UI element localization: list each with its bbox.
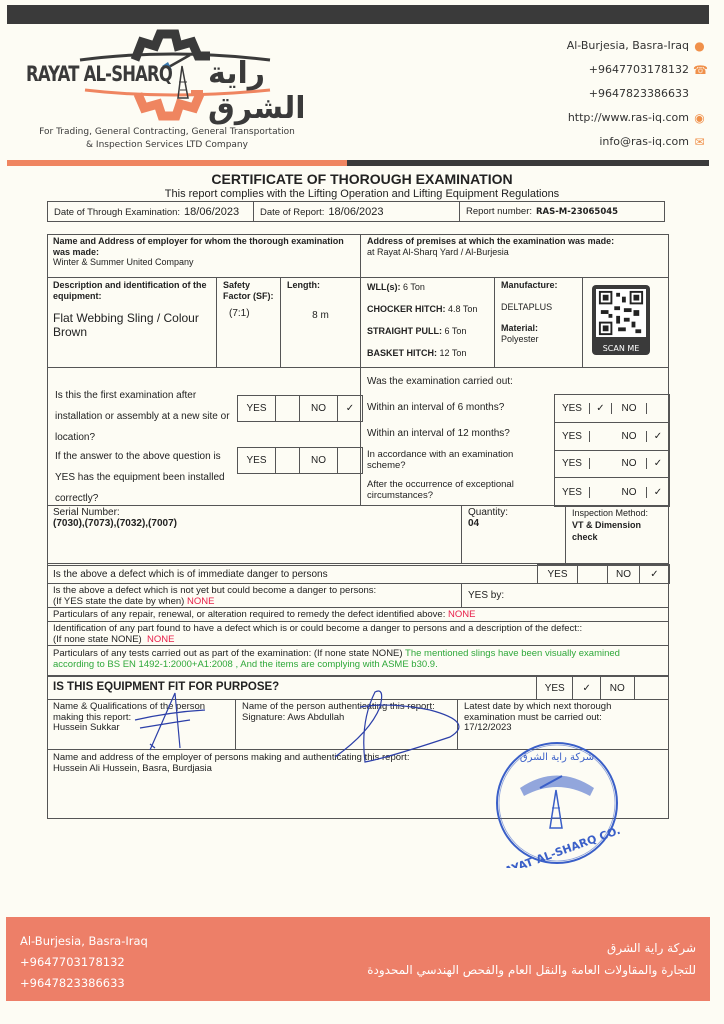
yes-label: YES — [555, 431, 590, 442]
first-exam-yes-checkbox[interactable] — [276, 396, 300, 421]
interval-12-no-checkbox[interactable]: ✓ — [647, 431, 669, 442]
quantity-label: Quantity: — [468, 508, 559, 519]
interval-12-question: Within an interval of 12 months? — [367, 423, 510, 444]
employer-cell: Name and Address of employer for whom th… — [47, 234, 361, 278]
header-top-bar — [7, 5, 709, 24]
quantity-value: 04 — [468, 519, 559, 530]
report-maker-label: Name & Qualifications of the person maki… — [53, 702, 229, 723]
premises-value: at Rayat Al-Sharq Yard / Al-Burjesia — [367, 247, 662, 258]
scheme-row: YES NO ✓ — [555, 451, 669, 479]
immediate-danger-yes-no: YES NO ✓ — [537, 564, 670, 584]
first-exam-question: Is this the first examination after inst… — [55, 385, 235, 448]
identification-row: Identification of any part found to have… — [47, 622, 669, 646]
identification-value: NONE — [147, 634, 174, 645]
company-logo: RAYAT AL-SHARQ راية الشرق — [20, 28, 320, 123]
interval-6-row: YES ✓ NO — [555, 395, 669, 423]
report-date-cell: Date of Report:18/06/2023 — [254, 202, 460, 221]
tagline-line-1: For Trading, General Contracting, Genera… — [22, 126, 312, 139]
authenticator-value: Signature: Aws Abdullah — [242, 713, 451, 724]
report-number-cell: Report number:RAS-M-23065045 — [460, 202, 664, 221]
report-maker-cell: Name & Qualifications of the person maki… — [47, 700, 236, 750]
scheme-question: In accordance with an examination scheme… — [367, 449, 547, 471]
yes-label: YES — [555, 458, 590, 469]
label: Report number: — [466, 206, 532, 217]
tagline-line-2: & Inspection Services LTD Company — [22, 139, 312, 152]
immediate-yes-checkbox[interactable] — [578, 565, 608, 583]
wll-value: 6 Ton — [403, 282, 425, 292]
serial-number-label: Serial Number: — [53, 508, 455, 519]
choker-hitch-value: 4.8 Ton — [448, 304, 477, 314]
installed-correctly-question: If the answer to the above question is Y… — [55, 446, 235, 509]
immediate-no-checkbox[interactable]: ✓ — [640, 565, 669, 583]
premises-label: Address of premises at which the examina… — [367, 236, 662, 247]
certificate-subtitle: This report complies with the Lifting Op… — [0, 188, 724, 200]
material-value: Polyester — [501, 334, 576, 345]
equipment-desc-label: Description and identification of the eq… — [53, 280, 210, 301]
first-exam-no-checkbox[interactable]: ✓ — [338, 396, 362, 421]
premises-cell: Address of premises at which the examina… — [361, 234, 669, 278]
yes-label: YES — [238, 396, 276, 421]
no-label: NO — [612, 487, 647, 498]
next-exam-date: 17/12/2023 — [464, 723, 663, 734]
label: Date of Report: — [260, 207, 324, 218]
address-text: Al-Burjesia, Basra-Iraq — [567, 37, 689, 55]
tests-label: Particulars of any tests carried out as … — [53, 648, 403, 659]
fit-no-checkbox[interactable] — [635, 677, 668, 699]
employer-value: Winter & Summer United Company — [53, 257, 354, 268]
identification-label: Identification of any part found to have… — [53, 624, 663, 635]
next-exam-label: Latest date by which next thorough exami… — [464, 702, 663, 723]
qr-code-icon — [596, 289, 646, 337]
report-date: 18/06/2023 — [328, 206, 383, 218]
footer-arabic-line-1: شركة راية الشرق — [367, 937, 696, 959]
yes-by-label: YES by: — [468, 590, 504, 601]
interval-6-yes-checkbox[interactable]: ✓ — [590, 403, 612, 414]
no-label: NO — [608, 565, 640, 583]
footer-banner: Al-Burjesia, Basra-Iraq +9647703178132 +… — [6, 917, 710, 1001]
contact-address: Al-Burjesia, Basra-Iraq● — [486, 34, 706, 58]
yes-by-cell: YES by: — [462, 584, 669, 608]
length-value: 8 m — [287, 311, 354, 322]
installed-correctly-yes-no: YES NO — [237, 447, 363, 474]
safety-factor-cell: Safety Factor (SF): (7:1) — [217, 278, 281, 368]
interval-6-question: Within an interval of 6 months? — [367, 397, 504, 418]
svg-text:شركة راية الشرق: شركة راية الشرق — [520, 752, 594, 763]
footer-arabic-line-2: للتجارة والمقاولات العامة والنقل العام و… — [367, 959, 696, 981]
telephone-icon: ☎ — [693, 64, 706, 77]
company-stamp-icon: RAYAT AL-SHARQ CO. شركة راية الشرق — [490, 738, 624, 868]
basket-hitch-value: 12 Ton — [440, 348, 467, 358]
future-danger-value: NONE — [187, 596, 214, 607]
material-label: Material: — [501, 323, 576, 334]
fit-yes-checkbox[interactable]: ✓ — [573, 677, 601, 699]
repair-value: NONE — [448, 609, 475, 620]
no-label: NO — [601, 677, 635, 699]
tests-row: Particulars of any tests carried out as … — [47, 646, 669, 676]
footer-phone-2: +9647823386633 — [20, 973, 148, 994]
envelope-icon: ✉ — [693, 136, 706, 149]
footer-phone-1: +9647703178132 — [20, 952, 148, 973]
employer-label: Name and Address of employer for whom th… — [53, 236, 354, 257]
yes-label: YES — [555, 403, 590, 414]
repair-row: Particulars of any repair, renewal, or a… — [47, 608, 669, 622]
installed-no-checkbox[interactable] — [338, 448, 362, 473]
divider-orange — [7, 160, 347, 166]
basket-hitch-label: BASKET HITCH: — [367, 348, 437, 358]
inspection-method-value: VT & Dimension check — [572, 519, 663, 543]
yes-label: YES — [538, 565, 578, 583]
exam-date: 18/06/2023 — [184, 206, 239, 218]
footer-address: Al-Burjesia, Basra-Iraq — [20, 931, 148, 952]
quantity-cell: Quantity: 04 — [462, 506, 566, 564]
equipment-desc-value: Flat Webbing Sling / Colour Brown — [53, 311, 210, 339]
report-maker-value: Hussein Sukkar — [53, 723, 229, 734]
phone-text: +9647823386633 — [589, 85, 689, 103]
length-label: Length: — [287, 280, 354, 291]
serial-number-value: (7030),(7073),(7032),(7007) — [53, 519, 455, 530]
qr-code[interactable]: SCAN ME — [592, 285, 650, 355]
website-link[interactable]: http://www.ras-iq.com — [568, 109, 689, 127]
label: Date of Through Examination: — [54, 207, 180, 218]
scheme-no-checkbox[interactable]: ✓ — [647, 458, 669, 469]
email-link[interactable]: info@ras-iq.com — [599, 133, 689, 151]
fit-for-purpose-question: IS THIS EQUIPMENT FIT FOR PURPOSE? — [53, 681, 279, 693]
yes-label: YES — [238, 448, 276, 473]
yes-label: YES — [555, 487, 590, 498]
repair-label: Particulars of any repair, renewal, or a… — [53, 609, 445, 620]
straight-pull-label: STRAIGHT PULL: — [367, 326, 442, 336]
scan-me-label: SCAN ME — [592, 344, 650, 353]
phone-text: +9647703178132 — [589, 61, 689, 79]
footer-arabic-text: شركة راية الشرق للتجارة والمقاولات العام… — [367, 937, 696, 981]
logo-text-en: RAYAT AL-SHARQ — [26, 62, 172, 86]
contact-website[interactable]: http://www.ras-iq.com◉ — [486, 106, 706, 130]
length-cell: Length: 8 m — [281, 278, 361, 368]
interval-12-row: YES NO ✓ — [555, 423, 669, 451]
manufacture-value: DELTAPLUS — [501, 302, 576, 313]
inspection-method-cell: Inspection Method: VT & Dimension check — [566, 506, 669, 564]
wll-label: WLL(s): — [367, 282, 401, 292]
authenticator-cell: Name of the person authenticating this r… — [236, 700, 458, 750]
logo-text-ar: راية الشرق — [208, 56, 320, 126]
contact-email[interactable]: info@ras-iq.com✉ — [486, 130, 706, 154]
inspection-method-label: Inspection Method: — [572, 508, 663, 519]
load-ratings-cell: WLL(s): 6 Ton CHOCKER HITCH: 4.8 Ton STR… — [361, 278, 495, 368]
identification-sub: (If none state NONE) — [53, 634, 142, 645]
divider-dark — [347, 160, 709, 166]
future-danger-cell: Is the above a defect which is not yet b… — [47, 584, 462, 608]
no-label: NO — [300, 448, 338, 473]
exam-carried-out-grid: YES ✓ NO YES NO ✓ YES NO ✓ YES NO ✓ — [554, 394, 670, 507]
globe-icon: ◉ — [693, 112, 706, 125]
fit-for-purpose-yes-no: YES ✓ NO — [536, 676, 669, 700]
safety-factor-label: Safety Factor (SF): — [223, 280, 274, 301]
future-danger-sub: (If YES state the date by when) — [53, 596, 184, 607]
exam-date-cell: Date of Through Examination:18/06/2023 — [48, 202, 254, 221]
footer-contacts: Al-Burjesia, Basra-Iraq +9647703178132 +… — [20, 931, 148, 994]
yes-label: YES — [537, 677, 573, 699]
manufacture-cell: Manufacture: DELTAPLUS Material: Polyest… — [495, 278, 583, 368]
authenticator-label: Name of the person authenticating this r… — [242, 702, 451, 713]
manufacture-label: Manufacture: — [501, 280, 576, 291]
no-label: NO — [612, 431, 647, 442]
location-pin-icon: ● — [693, 40, 706, 53]
serial-number-cell: Serial Number: (7030),(7073),(7032),(700… — [47, 506, 462, 564]
contact-phone-2: +9647823386633 — [486, 82, 706, 106]
immediate-danger-question: Is the above a defect which is of immedi… — [53, 569, 328, 580]
safety-factor-value: (7:1) — [223, 309, 274, 320]
installed-yes-checkbox[interactable] — [276, 448, 300, 473]
exceptional-no-checkbox[interactable]: ✓ — [647, 487, 669, 498]
contact-info: Al-Burjesia, Basra-Iraq● +9647703178132☎… — [486, 34, 706, 154]
no-label: NO — [300, 396, 338, 421]
exceptional-question: After the occurrence of exceptional circ… — [367, 479, 547, 501]
no-label: NO — [612, 403, 647, 414]
report-number: RAS-M-23065045 — [536, 207, 618, 217]
contact-phone-1: +9647703178132☎ — [486, 58, 706, 82]
first-exam-yes-no: YES NO ✓ — [237, 395, 363, 422]
certificate-title: CERTIFICATE OF THOROUGH EXAMINATION — [0, 171, 724, 187]
date-bar: Date of Through Examination:18/06/2023 D… — [47, 201, 665, 222]
company-tagline: For Trading, General Contracting, Genera… — [22, 126, 312, 152]
carried-out-label: Was the examination carried out: — [367, 371, 513, 392]
exceptional-row: YES NO ✓ — [555, 478, 669, 506]
straight-pull-value: 6 Ton — [445, 326, 467, 336]
choker-hitch-label: CHOCKER HITCH: — [367, 304, 446, 314]
equipment-desc-cell: Description and identification of the eq… — [47, 278, 217, 368]
no-label: NO — [612, 458, 647, 469]
